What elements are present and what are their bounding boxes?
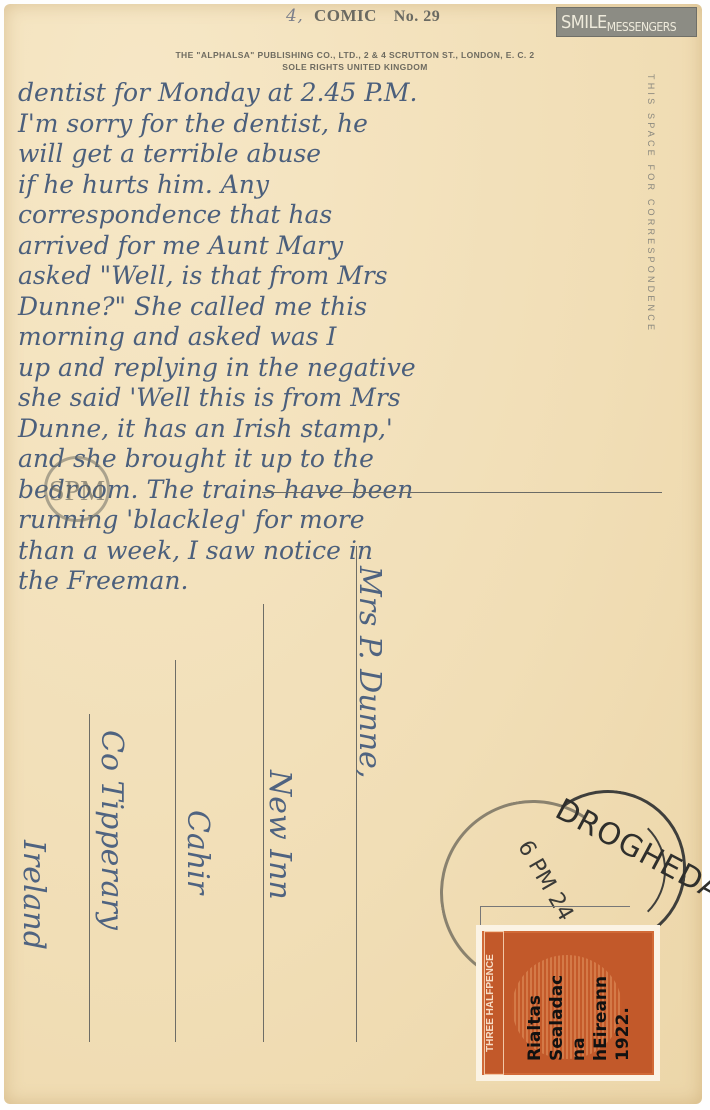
message-line: correspondence that has [18,200,698,231]
message-line: will get a terrible abuse [18,139,698,170]
brand-word-1: SMILE [561,12,607,33]
message-line: she said 'Well this is from Mrs [18,383,698,414]
address-rule [89,714,90,1042]
message-line: arrived for me Aunt Mary [18,231,698,262]
series-name: COMIC [314,6,377,25]
overprint-line: na [568,929,590,1061]
overprint-line: Sealadac [546,929,568,1061]
message-line: if he hurts him. Any [18,170,698,201]
publisher-line: THE "ALPHALSA" PUBLISHING CO., LTD., 2 &… [0,50,710,60]
message-line: dentist for Monday at 2.45 P.M. [18,78,698,109]
brand-logo: SMILEMESSENGERS [556,7,697,37]
message-line: running 'blackleg' for more [18,505,698,536]
divider-line [262,492,662,493]
address-line-name: Mrs P. Dunne, [352,566,387,778]
message-line: morning and asked was I [18,322,698,353]
address-rule [175,660,176,1042]
overprint-line: 1922. [612,929,634,1061]
stamp-overprint: Rialtas Sealadac na hEireann 1922. [524,929,634,1061]
monogram-emblem: SPM [44,456,110,522]
message-line: asked "Well, is that from Mrs [18,261,698,292]
message-line: Dunne, it has an Irish stamp,' [18,414,698,445]
message-line: up and replying in the negative [18,353,698,384]
rights-line: SOLE RIGHTS UNITED KINGDOM [0,62,710,72]
message-line: than a week, I saw notice in [18,536,698,567]
postage-stamp: THREE HALFPENCE Rialtas Sealadac na hEir… [476,925,660,1081]
address-line-street: New Inn [262,770,297,900]
brand-word-2: MESSENGERS [607,20,676,34]
series-number: No. 29 [394,8,441,25]
address-line-county: Co Tipperary [94,730,129,930]
message-line: Dunne?" She called me this [18,292,698,323]
overprint-line: Rialtas [524,929,546,1061]
series-label: 4, COMIC No. 29 [286,6,440,26]
message-line: bedroom. The trains have been [18,475,698,506]
postmark-box-edge [480,906,630,907]
pencil-mark: 4, [286,6,303,26]
address-line-town: Cahir [180,810,215,894]
address-line-country: Ireland [16,840,51,950]
overprint-line: hEireann [590,929,612,1061]
message-line: and she brought it up to the [18,444,698,475]
message-line: I'm sorry for the dentist, he [18,109,698,140]
handwritten-message: dentist for Monday at 2.45 P.M. I'm sorr… [18,78,698,597]
stamp-value: THREE HALFPENCE [484,931,504,1075]
